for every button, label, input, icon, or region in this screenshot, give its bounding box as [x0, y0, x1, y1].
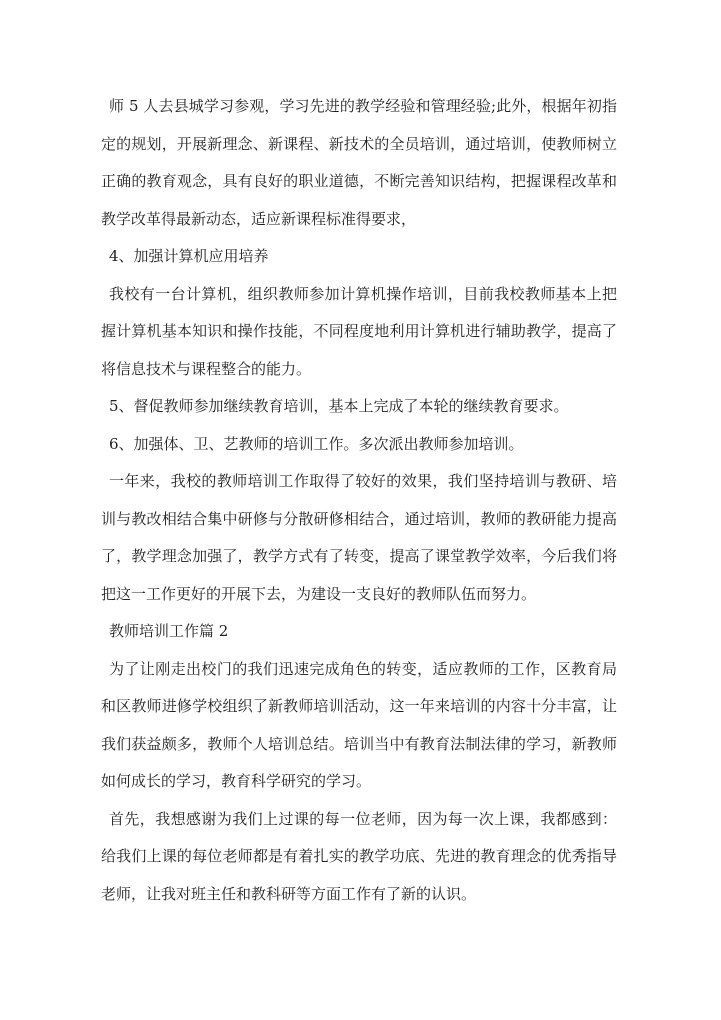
paragraph: 为了让刚走出校门的我们迅速完成角色的转变，适应教师的工作，区教育局和区教师进修学…: [101, 651, 617, 801]
paragraph: 4、加强计算机应用培养: [101, 238, 617, 276]
paragraph: 教师培训工作篇 2: [101, 613, 617, 651]
document-page: 师 5 人去县城学习参观，学习先进的教学经验和管理经验;此外，根据年初指定的规划…: [0, 0, 721, 1020]
paragraph: 师 5 人去县城学习参观，学习先进的教学经验和管理经验;此外，根据年初指定的规划…: [101, 88, 617, 238]
paragraph: 5、督促教师参加继续教育培训，基本上完成了本轮的继续教育要求。: [101, 388, 617, 426]
paragraph: 一年来，我校的教师培训工作取得了较好的效果，我们坚持培训与教研、培训与教改相结合…: [101, 463, 617, 613]
paragraph: 我校有一台计算机，组织教师参加计算机操作培训，目前我校教师基本上把握计算机基本知…: [101, 276, 617, 389]
paragraph: 6、加强体、卫、艺教师的培训工作。多次派出教师参加培训。: [101, 426, 617, 464]
paragraph: 首先，我想感谢为我们上过课的每一位老师，因为每一次上课，我都感到：给我们上课的每…: [101, 801, 617, 914]
document-body: 师 5 人去县城学习参观，学习先进的教学经验和管理经验;此外，根据年初指定的规划…: [101, 88, 617, 913]
